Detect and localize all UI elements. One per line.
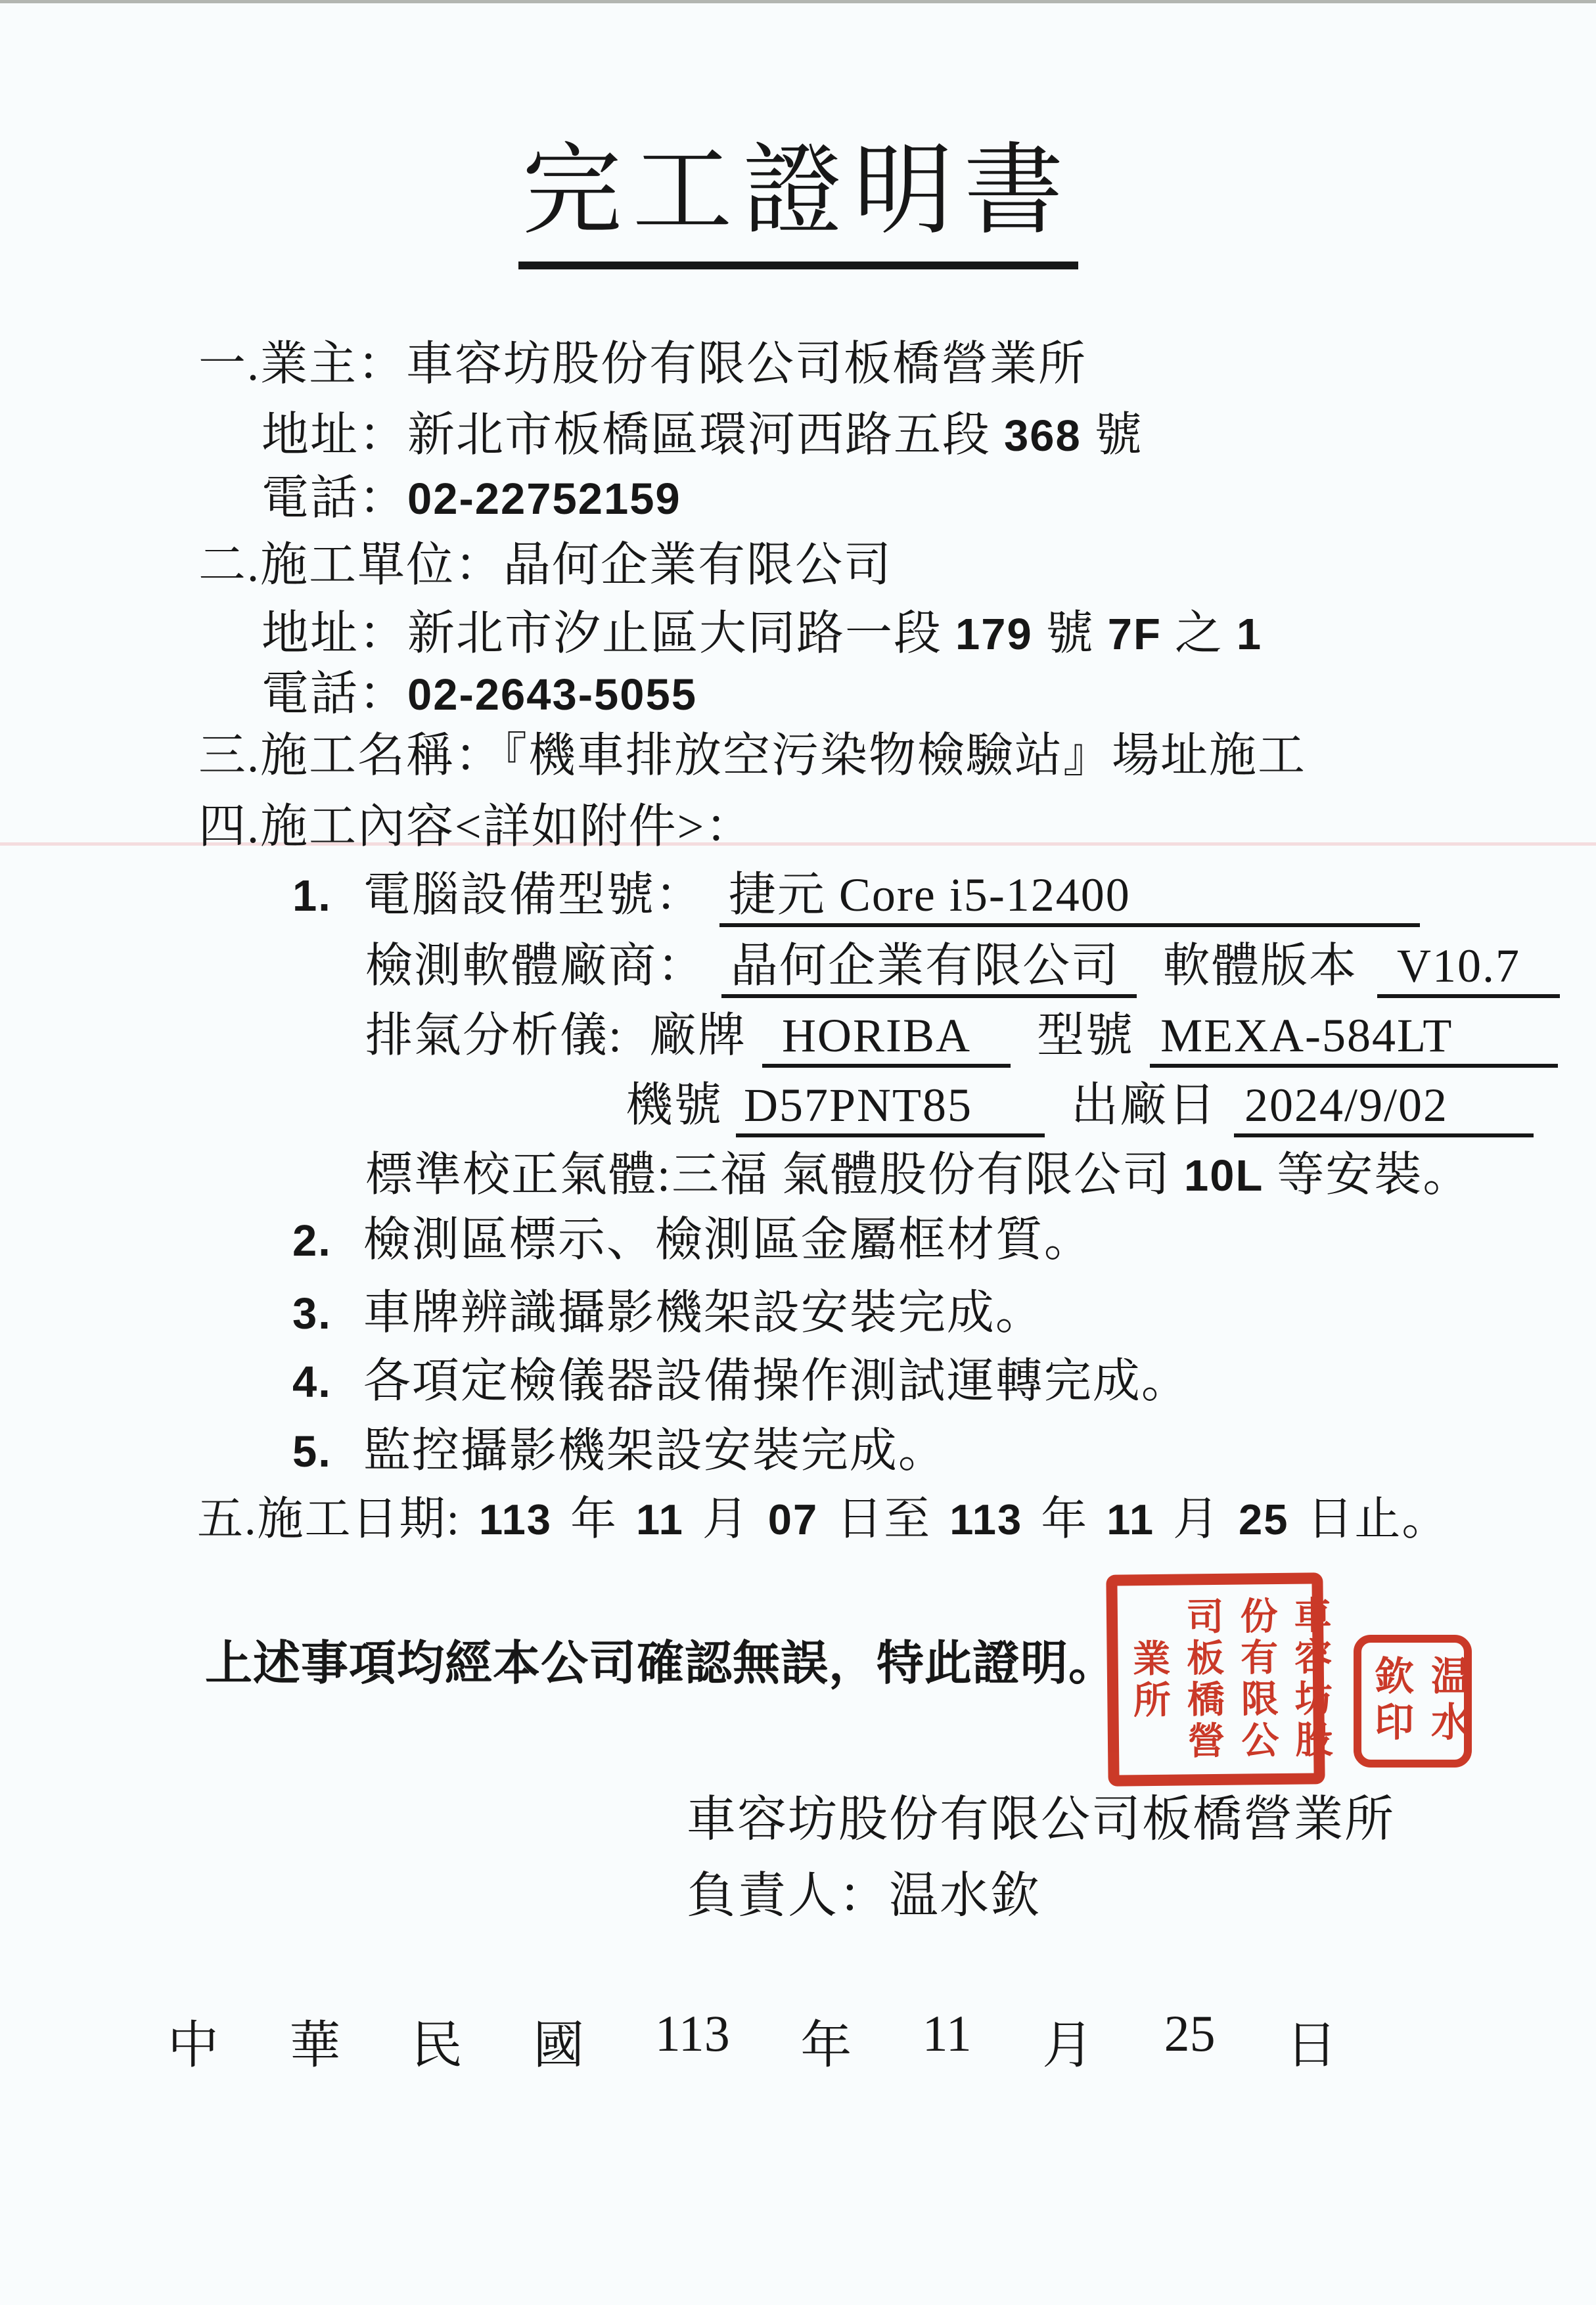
construction-period-line: 五.施工日期:113年11月07日至113年11月25日止。	[197, 1493, 1467, 1547]
ship-date-value: 2024/9/02	[1234, 1079, 1534, 1137]
contractor-address-line: 地址：新北市汐止區大同路一段 179 號 7F 之 1	[262, 606, 1262, 662]
owner-label: 一.業主：	[198, 338, 406, 390]
item1-software-line: 檢測軟體廠商：晶何企業有限公司軟體版本V10.7、	[365, 938, 1596, 998]
construction-period-label: 五.施工日期:	[197, 1494, 461, 1545]
date-char-zhong: 中	[168, 2004, 219, 2078]
item1-serial-line: 機號D57PNT85出廠日2024/9/02	[626, 1078, 1534, 1137]
day-end-char: 日止。	[1307, 1494, 1449, 1545]
page-title-text: 完工證明書	[518, 110, 1078, 269]
item1-analyzer-line: 排氣分析儀:廠牌HORIBA型號MEXA-584LT、	[365, 1008, 1596, 1068]
gas-text-prefix: 標準校正氣體:三福 氣體股份有限公司	[365, 1149, 1184, 1201]
principal-name: 温水欽	[889, 1869, 1041, 1923]
date-day-char: 日	[1286, 2004, 1337, 2078]
personal-seal-column-2: 欽印	[1363, 1655, 1419, 1747]
personal-seal-column-1: 温水	[1419, 1655, 1476, 1747]
software-vendor-label: 檢測軟體廠商：	[365, 940, 706, 992]
contractor-address-of: 之	[1162, 607, 1237, 660]
date-char-min: 民	[411, 2004, 463, 2078]
item1-number: 1.	[292, 871, 332, 921]
item4-line: 4.各項定檢儀器設備操作測試運轉完成。	[292, 1354, 1190, 1409]
company-seal-column-3: 司板橋營	[1174, 1597, 1230, 1763]
contractor-label: 二.施工單位：	[198, 539, 503, 591]
signature-principal-line: 負責人：温水欽	[687, 1867, 1041, 1926]
computer-model-value: 捷元 Core i5-12400	[719, 869, 1420, 927]
company-seal: 車容坊股 份有限公 司板橋營 業所	[1106, 1572, 1325, 1786]
owner-phone-label: 電話：	[262, 472, 407, 524]
owner-address-number: 368	[1004, 411, 1082, 461]
gas-volume: 10L	[1184, 1151, 1264, 1200]
contractor-address-label: 地址：	[262, 607, 407, 660]
owner-phone-line: 電話：02-22752159	[262, 470, 681, 526]
page-title: 完工證明書	[0, 110, 1596, 269]
item3-text: 車牌辨識攝影機架設安裝完成。	[363, 1287, 1044, 1339]
software-version-value: V10.7	[1377, 940, 1560, 998]
item5-line: 5.監控攝影機架設安裝完成。	[292, 1423, 947, 1479]
date-year-char: 年	[800, 2004, 852, 2078]
date-day-value: 25	[1164, 2004, 1216, 2078]
contractor-phone-line: 電話：02-2643-5055	[262, 666, 697, 722]
owner-address-line: 地址：新北市板橋區環河西路五段 368 號	[262, 407, 1143, 463]
signature-company-line: 車容坊股份有限公司板橋營業所	[687, 1791, 1395, 1850]
item3-number: 3.	[292, 1289, 332, 1338]
date-year-value: 113	[655, 2004, 730, 2078]
start-year: 113	[479, 1495, 552, 1543]
contractor-phone-label: 電話：	[262, 668, 407, 720]
serial-label: 機號	[626, 1079, 723, 1131]
company-seal-column-1: 車容坊股	[1282, 1595, 1338, 1762]
ship-date-label: 出廠日	[1071, 1079, 1217, 1131]
owner-line: 一.業主：車容坊股份有限公司板橋營業所	[198, 336, 1087, 392]
start-month: 11	[636, 1495, 684, 1543]
model-value: MEXA-584LT	[1150, 1009, 1558, 1068]
item1-computer-line: 1.電腦設備型號：捷元 Core i5-12400	[292, 867, 1420, 927]
contractor-name: 晶何企業有限公司	[503, 539, 892, 591]
computer-model-label: 電腦設備型號：	[363, 869, 704, 921]
gas-text-suffix: 等安裝。	[1264, 1149, 1471, 1201]
confirmation-statement: 上述事項均經本公司確認無誤，特此證明。	[205, 1636, 1116, 1692]
project-name-line: 三.施工名稱：『機車排放空污染物檢驗站』場址施工	[198, 728, 1306, 784]
project-name: 『機車排放空污染物檢驗站』場址施工	[503, 729, 1306, 782]
scan-edge-artifact	[0, 0, 1596, 3]
item2-text: 檢測區標示、檢測區金屬框材質。	[363, 1214, 1093, 1266]
roc-date-line: 中 華 民 國 113 年 11 月 25 日	[168, 2004, 1337, 2078]
owner-phone-number: 02-22752159	[407, 474, 681, 524]
year-char: 年	[1041, 1494, 1088, 1545]
model-label: 型號	[1037, 1009, 1134, 1062]
contractor-phone-number: 02-2643-5055	[407, 670, 697, 719]
software-version-label: 軟體版本	[1163, 940, 1357, 992]
work-content-header: 四.施工內容<詳如附件>：	[198, 799, 754, 855]
item5-text: 監控攝影機架設安裝完成。	[363, 1425, 947, 1477]
contractor-address-mid: 號	[1033, 607, 1108, 660]
start-day: 07	[768, 1495, 818, 1543]
item3-line: 3.車牌辨識攝影機架設安裝完成。	[292, 1285, 1044, 1341]
item2-number: 2.	[292, 1216, 332, 1266]
year-char: 年	[570, 1494, 618, 1545]
contractor-address-street: 新北市汐止區大同路一段	[407, 607, 955, 660]
serial-value: D57PNT85	[736, 1079, 1045, 1137]
item4-number: 4.	[292, 1358, 332, 1407]
personal-seal: 温水 欽印	[1354, 1635, 1472, 1768]
item5-number: 5.	[292, 1427, 332, 1476]
end-month: 11	[1106, 1495, 1154, 1543]
date-month-value: 11	[923, 2004, 972, 2078]
brand-value: HORIBA	[762, 1009, 1011, 1068]
owner-address-label: 地址：	[262, 409, 407, 461]
brand-label: 廠牌	[649, 1009, 746, 1062]
owner-address-suffix: 號	[1082, 409, 1143, 461]
item2-line: 2.檢測區標示、檢測區金屬框材質。	[292, 1212, 1093, 1268]
contractor-address-number: 179	[955, 610, 1033, 659]
date-char-hua: 華	[289, 2004, 340, 2078]
contractor-line: 二.施工單位：晶何企業有限公司	[198, 537, 892, 593]
work-content-label: 四.施工內容<詳如附件>：	[198, 800, 754, 853]
contractor-address-unit: 1	[1237, 610, 1262, 659]
month-char: 月	[1173, 1494, 1220, 1545]
analyzer-label: 排氣分析儀:	[365, 1009, 623, 1062]
software-vendor-value: 晶何企業有限公司	[721, 940, 1137, 998]
project-name-label: 三.施工名稱：	[198, 729, 503, 782]
completion-certificate-document: 完工證明書 一.業主：車容坊股份有限公司板橋營業所 地址：新北市板橋區環河西路五…	[0, 0, 1596, 2305]
end-year: 113	[949, 1495, 1022, 1543]
month-char: 月	[702, 1494, 750, 1545]
principal-label: 負責人：	[687, 1869, 889, 1923]
company-seal-column-2: 份有限公	[1228, 1596, 1284, 1762]
date-char-guo: 國	[533, 2004, 584, 2078]
company-seal-column-4: 業所	[1120, 1639, 1175, 1722]
end-day: 25	[1239, 1495, 1288, 1543]
date-month-char: 月	[1042, 2004, 1093, 2078]
item4-text: 各項定檢儀器設備操作測試運轉完成。	[363, 1355, 1190, 1407]
item1-gas-line: 標準校正氣體:三福 氣體股份有限公司 10L 等安裝。	[365, 1147, 1471, 1203]
day-to-char: 日至	[836, 1494, 931, 1545]
owner-name: 車容坊股份有限公司板橋營業所	[406, 338, 1087, 390]
owner-address-street: 新北市板橋區環河西路五段	[407, 409, 1004, 461]
contractor-address-floor: 7F	[1108, 610, 1162, 659]
